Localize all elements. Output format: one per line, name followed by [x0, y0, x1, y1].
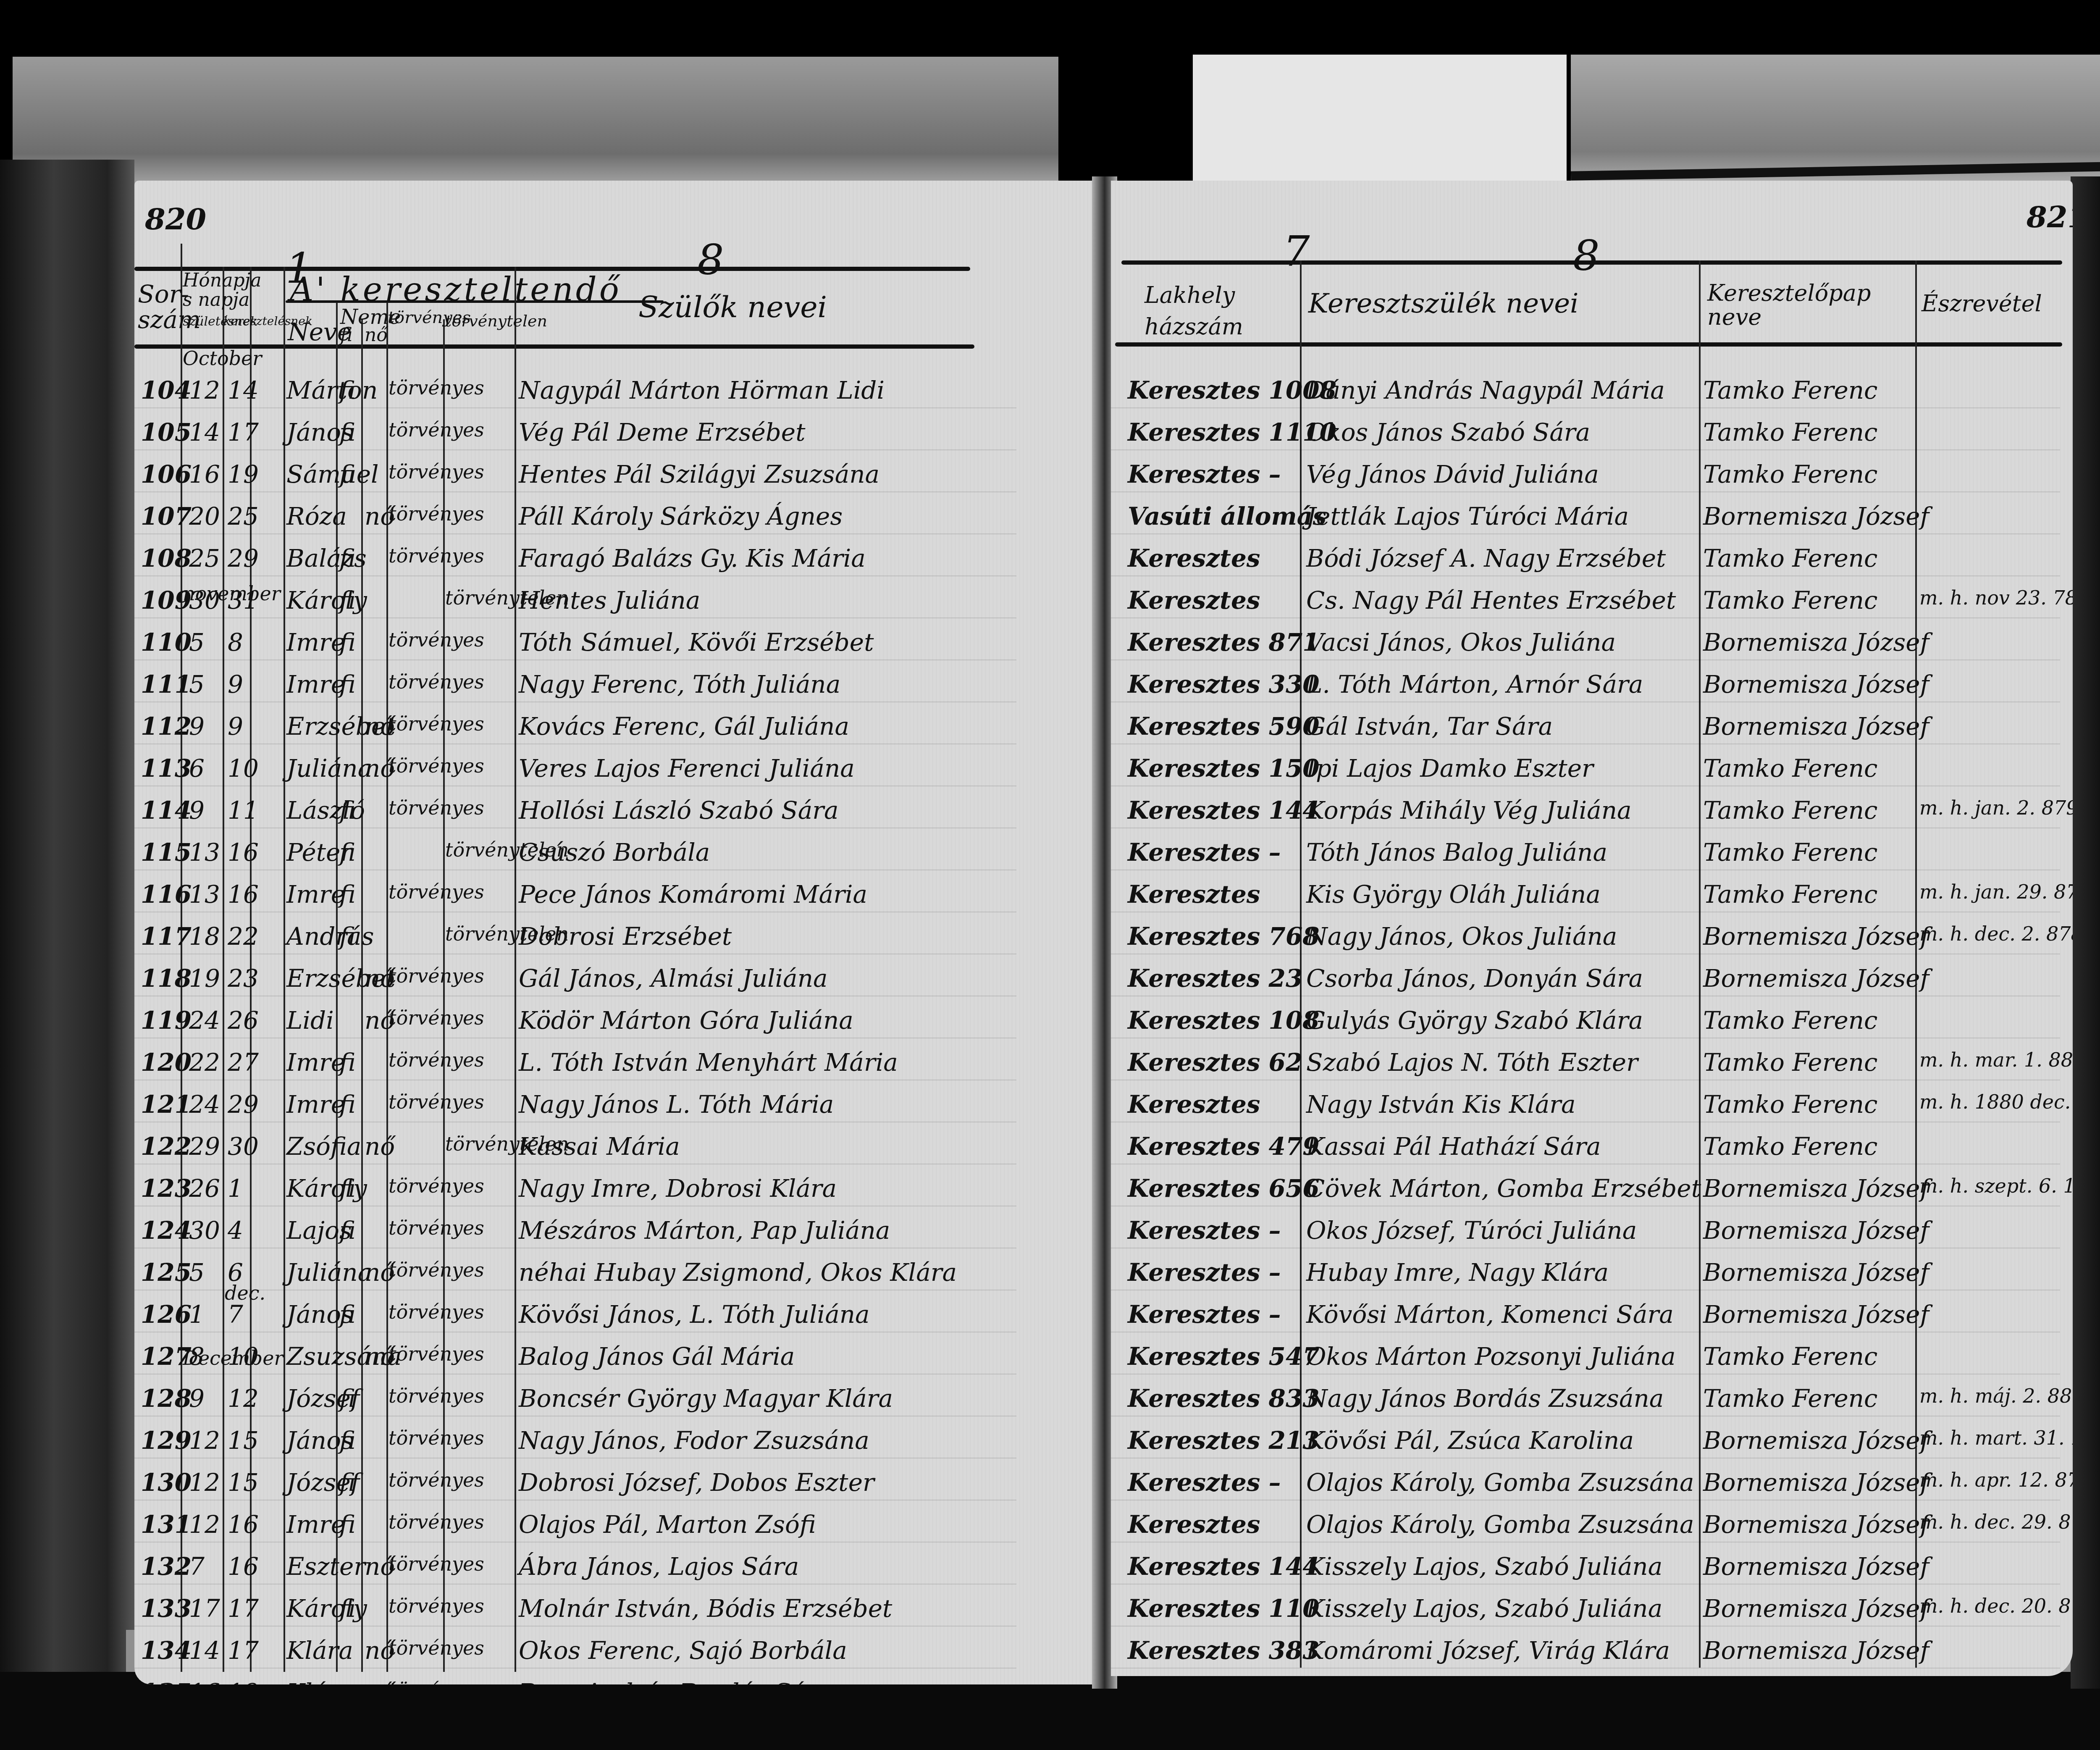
row-number: 129: [141, 1428, 192, 1453]
priest-name: Bornemisza József: [1703, 966, 1929, 991]
residence: Keresztes: [1128, 588, 1260, 612]
priest-name: Tamko Ferenc: [1703, 1344, 1878, 1369]
parents-names: Kassai Mária: [519, 1134, 680, 1159]
child-name: Klára: [286, 1680, 353, 1684]
row-number: 135: [141, 1680, 192, 1684]
ruled-line: [1111, 1290, 2060, 1290]
ruled-line: [1111, 870, 2060, 870]
parents-names: Gál János, Almási Juliána: [519, 966, 828, 991]
godparents-names: Okos József, Túróci Juliána: [1306, 1218, 1637, 1243]
parents-names: Hentes Pál Szilágyi Zsuzsána: [519, 462, 879, 486]
child-name: Imre: [286, 1512, 345, 1537]
baptism-day: 16: [228, 882, 259, 907]
residence: Keresztes 110: [1128, 1596, 1320, 1621]
godparents-names: Gál István, Tar Sára: [1306, 714, 1553, 738]
godparents-names: Nagy István Kis Klára: [1306, 1092, 1576, 1117]
sex: fi: [339, 378, 356, 402]
sex: nő: [365, 1134, 395, 1159]
col-rule: [1699, 260, 1701, 1668]
ruled-line: [134, 1248, 1016, 1248]
godparents-names: Cs. Nagy Pál Hentes Erzsébet: [1306, 588, 1676, 612]
row-number: 127: [141, 1344, 192, 1369]
row-number: 113: [141, 756, 192, 780]
ruled-line: [1111, 1626, 2060, 1627]
ruled-line: [1111, 1584, 2060, 1584]
parents-names: Mészáros Márton, Pap Juliána: [519, 1218, 890, 1243]
ruled-line: [1111, 744, 2060, 744]
godparents-names: Vacsi János, Okos Juliána: [1306, 630, 1616, 654]
row-number: 112: [141, 714, 192, 738]
parents-names: Hollósi László Szabó Sára: [519, 798, 839, 822]
legitimacy: törvényes: [388, 756, 484, 775]
ruled-line: [134, 702, 1016, 702]
sex: fi: [339, 1596, 356, 1621]
parents-names: Dobrosi Erzsébet: [519, 924, 732, 949]
ruled-line: [1111, 449, 2060, 450]
birth-day: 12: [189, 1512, 220, 1537]
ruled-line: [134, 1332, 1016, 1332]
godparents-names: Bódi József A. Nagy Erzsébet: [1306, 546, 1666, 570]
remark: m. h. dec. 20. 878.: [1919, 1596, 2073, 1616]
legitimacy: törvényes: [388, 1050, 484, 1069]
parents-names: Faragó Balázs Gy. Kis Mária: [519, 546, 866, 570]
remark: m. h. apr. 12. 879.: [1919, 1470, 2073, 1490]
baptism-day: 29: [228, 1092, 259, 1117]
birth-day: 6: [189, 756, 205, 780]
legitimacy: törvényes: [388, 1512, 484, 1532]
ruled-line: [1111, 575, 2060, 576]
row-number: 119: [141, 1008, 192, 1033]
birth-day: 9: [189, 798, 205, 822]
legitimacy: törvényes: [388, 1092, 484, 1111]
ruled-line: [134, 870, 1016, 870]
column-group-number: 8: [697, 235, 724, 284]
sex: fi: [339, 924, 356, 949]
godparents-names: Jettlák Lajos Túróci Mária: [1306, 504, 1629, 528]
legitimacy: törvényes: [388, 1218, 484, 1238]
remark: m. h. szept. 6. 1879.: [1919, 1176, 2073, 1196]
sex: fi: [339, 1050, 356, 1075]
ruled-line: [134, 1668, 1016, 1669]
priest-name: Bornemisza József: [1703, 1302, 1929, 1327]
baptism-day: 7: [228, 1302, 243, 1327]
parents-names: Páll Károly Sárközy Ágnes: [519, 504, 843, 528]
birth-day: 9: [189, 714, 205, 738]
ruled-line: [1111, 828, 2060, 828]
child-name: Zsófia: [286, 1134, 361, 1159]
header-sorszam: Sor-szám: [138, 281, 180, 333]
sex: fi: [339, 1386, 356, 1411]
row-number: 123: [141, 1176, 192, 1201]
child-name: Sámuel: [286, 462, 379, 486]
month-label: October: [183, 349, 262, 368]
godparents-names: Tóth János Balog Juliána: [1306, 840, 1607, 864]
priest-name: Bornemisza József: [1703, 1512, 1929, 1537]
priest-name: Tamko Ferenc: [1703, 588, 1878, 612]
birth-day: 7: [189, 1554, 205, 1579]
priest-name: Tamko Ferenc: [1703, 1092, 1878, 1117]
ruled-line: [1111, 912, 2060, 912]
residence: Keresztes: [1128, 546, 1260, 570]
ruled-line: [134, 828, 1016, 828]
baptism-day: 16: [228, 1554, 259, 1579]
ruled-line: [1111, 1038, 2060, 1038]
scan-background-white-panel: [1193, 55, 1567, 193]
birth-day: 5: [189, 672, 205, 696]
sex: fi: [339, 1176, 356, 1201]
sex: fi: [339, 462, 356, 486]
page-number-right: 821: [2026, 200, 2073, 234]
residence: Keresztes: [1128, 882, 1260, 907]
legitimacy: törvényes: [388, 1344, 484, 1364]
parents-names: Kovács Ferenc, Gál Juliána: [519, 714, 849, 738]
priest-name: Bornemisza József: [1703, 1176, 1929, 1201]
header-szulok-nevei: Szülők nevei: [638, 292, 827, 323]
legitimacy: törvényes: [388, 1428, 484, 1448]
godparents-names: Olajos Károly, Gomba Zsuzsána: [1306, 1512, 1694, 1537]
residence: Keresztes –: [1128, 1218, 1281, 1243]
baptism-day: 22: [228, 924, 259, 949]
legitimacy: törvényes: [388, 378, 484, 397]
ruled-line: [134, 1290, 1016, 1290]
residence: Keresztes –: [1128, 1302, 1281, 1327]
remark: m. h. mar. 1. 88.: [1919, 1050, 2073, 1069]
godparents-names: Ipi Lajos Damko Eszter: [1306, 756, 1593, 780]
godparents-names: L. Tóth Márton, Arnór Sára: [1306, 672, 1643, 696]
residence: Keresztes 768: [1128, 924, 1320, 949]
ruled-line: [1111, 954, 2060, 954]
priest-name: Bornemisza József: [1703, 1470, 1929, 1495]
legitimacy: törvényes: [388, 966, 484, 985]
sex: fi: [339, 630, 356, 654]
birth-day: 5: [189, 1260, 205, 1285]
ruled-line: [134, 744, 1016, 744]
baptism-day: 26: [228, 1008, 259, 1033]
ruled-line: [134, 1206, 1016, 1206]
ruled-line: [1111, 1332, 2060, 1332]
header-bottom-rule: [1115, 342, 2062, 347]
birth-day: 24: [189, 1008, 220, 1033]
baptism-day: 29: [228, 546, 259, 570]
residence: Keresztes 547: [1128, 1344, 1320, 1369]
row-number: 125: [141, 1260, 192, 1285]
priest-name: Tamko Ferenc: [1703, 1134, 1878, 1159]
residence: Keresztes 144: [1128, 1554, 1320, 1579]
remark: m. h. dec. 29. 878.: [1919, 1512, 2073, 1532]
remark: m. h. mart. 31. 1879.: [1919, 1428, 2073, 1448]
godparents-names: Cövek Márton, Gomba Erzsébet: [1306, 1176, 1701, 1201]
baptism-day: 6: [228, 1260, 243, 1285]
row-number: 111: [141, 672, 192, 696]
column-group-number: 7: [1283, 227, 1310, 276]
legitimacy: törvényes: [388, 882, 484, 901]
baptism-day: 16: [228, 1512, 259, 1537]
residence: Keresztes 656: [1128, 1176, 1320, 1201]
legitimacy: törvényes: [388, 1008, 484, 1027]
row-number: 115: [141, 840, 192, 864]
baptism-day: 10: [228, 756, 259, 780]
godparents-names: Kisszely Lajos, Szabó Juliána: [1306, 1596, 1662, 1621]
godparents-names: Komáromi József, Virág Klára: [1306, 1638, 1670, 1663]
birth-day: 14: [189, 420, 220, 444]
birth-day: 14: [189, 1638, 220, 1663]
header-kereszteloap-neve: Keresztelőpap neve: [1707, 281, 1909, 329]
child-name: Juliána: [286, 1260, 372, 1285]
parents-names: Okos Ferenc, Sajó Borbála: [519, 1638, 847, 1663]
priest-name: Tamko Ferenc: [1703, 1050, 1878, 1075]
birth-day: 12: [189, 1470, 220, 1495]
priest-name: Bornemisza József: [1703, 924, 1929, 949]
parents-names: Nagy Ferenc, Tóth Juliána: [519, 672, 840, 696]
remark: m. h. 1880 dec. 15: [1919, 1092, 2073, 1111]
residence: Keresztes –: [1128, 840, 1281, 864]
row-number: 118: [141, 966, 192, 991]
scan-background-left: [13, 57, 1058, 195]
child-name: Imre: [286, 882, 345, 907]
parents-names: Boncsér György Magyar Klára: [519, 1386, 893, 1411]
residence: Keresztes 213: [1128, 1428, 1320, 1453]
godparents-names: Olajos Károly, Gomba Zsuzsána: [1306, 1470, 1694, 1495]
remark: m. h. máj. 2. 881: [1919, 1386, 2073, 1406]
baptism-day: 30: [228, 1134, 259, 1159]
ruled-line: [134, 449, 1016, 450]
godparents-names: Gulyás György Szabó Klára: [1306, 1008, 1643, 1033]
parents-names: Hentes Juliána: [519, 588, 700, 612]
residence: Keresztes 330: [1128, 672, 1320, 696]
book-left-edge: [0, 160, 134, 1693]
sex: fi: [339, 546, 356, 570]
sex: fi: [339, 1428, 356, 1453]
ruled-line: [134, 1038, 1016, 1038]
header-fi: fi: [340, 326, 352, 345]
ruled-line: [134, 407, 1016, 408]
residence: Vasúti állomás: [1128, 504, 1326, 528]
priest-name: Tamko Ferenc: [1703, 882, 1878, 907]
ruled-line: [1111, 660, 2060, 660]
header-top-rule: [1121, 260, 2062, 265]
godparents-names: Kövősi Pál, Zsúca Karolina: [1306, 1428, 1634, 1453]
parents-names: L. Tóth István Menyhárt Mária: [519, 1050, 898, 1075]
row-number: 104: [141, 378, 192, 402]
header-keresztszulek-nevei: Keresztszülék nevei: [1308, 290, 1579, 318]
col-rule: [514, 267, 516, 1672]
residence: Keresztes 1110: [1128, 420, 1336, 444]
header-kereszteltendo: A' kereszteltendő: [290, 273, 622, 307]
legitimacy: törvényes: [388, 1470, 484, 1490]
legitimacy: törvényes: [388, 798, 484, 817]
page-number-left: 820: [145, 202, 206, 236]
baptism-day: 12: [228, 1386, 259, 1411]
baptism-day: 25: [228, 504, 259, 528]
parents-names: Molnár István, Bódis Erzsébet: [519, 1596, 892, 1621]
priest-name: Bornemisza József: [1703, 1596, 1929, 1621]
parents-names: Nagy Imre, Dobrosi Klára: [519, 1176, 837, 1201]
baptism-day: 9: [228, 672, 243, 696]
godparents-names: Kisszely Lajos, Szabó Juliána: [1306, 1554, 1662, 1579]
godparents-names: Dányi András Nagypál Mária: [1306, 378, 1665, 402]
row-number: 124: [141, 1218, 192, 1243]
parents-names: Vég Pál Deme Erzsébet: [519, 420, 806, 444]
ruled-line: [1111, 1080, 2060, 1080]
birth-day: 30: [189, 588, 220, 612]
ruled-line: [134, 617, 1016, 618]
birth-day: 24: [189, 1092, 220, 1117]
row-number: 130: [141, 1470, 192, 1495]
row-number: 108: [141, 546, 192, 570]
legitimacy: törvényes: [388, 1386, 484, 1406]
residence: Keresztes 144: [1128, 798, 1320, 822]
baptism-day: 19: [228, 1680, 259, 1684]
remark: m. h. jan. 29. 878.: [1919, 882, 2073, 901]
ruled-line: [1111, 786, 2060, 786]
left-page: 820 1 8 Sor-szám Hónapja s napja születé…: [134, 181, 1105, 1684]
priest-name: Bornemisza József: [1703, 630, 1929, 654]
ruled-line: [134, 660, 1016, 660]
godparents-names: Okos Márton Pozsonyi Juliána: [1306, 1344, 1676, 1369]
header-lakhely: Lakhely: [1144, 284, 1235, 307]
ruled-line: [134, 1080, 1016, 1080]
priest-name: Bornemisza József: [1703, 1218, 1929, 1243]
baptism-day: 17: [228, 420, 259, 444]
row-number: 106: [141, 462, 192, 486]
child-name: Imre: [286, 672, 345, 696]
priest-name: Tamko Ferenc: [1703, 378, 1878, 402]
ruled-line: [1111, 1374, 2060, 1374]
ruled-line: [1111, 407, 2060, 408]
godparents-names: Okos János Szabó Sára: [1306, 420, 1590, 444]
ruled-line: [1111, 1164, 2060, 1164]
parents-names: Nagy János L. Tóth Mária: [519, 1092, 834, 1117]
birth-day: 16: [189, 462, 220, 486]
legitimacy: törvényes: [388, 546, 484, 565]
right-page: 821 7 8 Lakhely házszám Keresztszülék ne…: [1111, 181, 2073, 1676]
row-number: 107: [141, 504, 192, 528]
parents-names: Kövősi János, L. Tóth Juliána: [519, 1302, 870, 1327]
ruled-line: [1111, 491, 2060, 492]
baptism-day: 16: [228, 840, 259, 864]
col-rule: [283, 267, 285, 1672]
row-number: 114: [141, 798, 192, 822]
sex: fi: [339, 420, 356, 444]
header-szuletesnek: születésnek: [183, 315, 223, 328]
header-torvenytelen: törvénytelen: [445, 313, 547, 330]
sex: fi: [339, 1512, 356, 1537]
row-number: 105: [141, 420, 192, 444]
parents-names: néhai Hubay Zsigmond, Okos Klára: [519, 1260, 957, 1285]
priest-name: Bornemisza József: [1703, 1260, 1929, 1285]
birth-day: 13: [189, 882, 220, 907]
priest-name: Tamko Ferenc: [1703, 546, 1878, 570]
baptism-day: 15: [228, 1470, 259, 1495]
child-name: Róza: [286, 504, 347, 528]
ruled-line: [134, 1500, 1016, 1500]
row-number: 120: [141, 1050, 192, 1075]
baptism-day: 27: [228, 1050, 259, 1075]
ruled-line: [1111, 996, 2060, 996]
ruled-line: [134, 1122, 1016, 1122]
baptism-day: 1: [228, 1176, 243, 1201]
legitimacy: törvényes: [388, 462, 484, 481]
godparents-names: Kassai Pál Hathází Sára: [1306, 1134, 1601, 1159]
ruled-line: [134, 912, 1016, 912]
priest-name: Tamko Ferenc: [1703, 1386, 1878, 1411]
col-rule: [223, 267, 224, 1672]
header-eszrevetel: Észrevétel: [1921, 292, 2042, 316]
row-number: 121: [141, 1092, 192, 1117]
legitimacy: törvényes: [388, 714, 484, 733]
ruled-line: [1111, 617, 2060, 618]
legitimacy: törvényes: [388, 1554, 484, 1574]
sex: fi: [339, 1218, 356, 1243]
priest-name: Bornemisza József: [1703, 1638, 1929, 1663]
ruled-line: [134, 1164, 1016, 1164]
godparents-names: Kövősi Márton, Komenci Sára: [1306, 1302, 1674, 1327]
ruled-line: [1111, 1206, 2060, 1206]
godparents-names: Hubay Imre, Nagy Klára: [1306, 1260, 1609, 1285]
header-honapja-napja: Hónapja s napja: [183, 271, 250, 310]
birth-day: 5: [189, 630, 205, 654]
godparents-names: Korpás Mihály Vég Juliána: [1306, 798, 1632, 822]
baptism-day: 23: [228, 966, 259, 991]
birth-day: 30: [189, 1218, 220, 1243]
child-name: Imre: [286, 630, 345, 654]
row-number: 126: [141, 1302, 192, 1327]
legitimacy: törvényes: [388, 1260, 484, 1280]
child-name: Eszter: [286, 1554, 365, 1579]
birth-day: 12: [189, 378, 220, 402]
legitimacy: törvényes: [388, 1596, 484, 1616]
birth-day: 20: [189, 504, 220, 528]
ruled-line: [134, 996, 1016, 996]
ruled-line: [134, 1584, 1016, 1584]
header-no: nő: [365, 326, 388, 345]
ruled-line: [134, 575, 1016, 576]
ruled-line: [134, 1542, 1016, 1542]
residence: Keresztes 108: [1128, 1008, 1320, 1033]
parents-names: Nagypál Márton Hörman Lidi: [519, 378, 885, 402]
ruled-line: [1111, 1416, 2060, 1416]
birth-day: 19: [189, 966, 220, 991]
priest-name: Tamko Ferenc: [1703, 1008, 1878, 1033]
child-name: Imre: [286, 1092, 345, 1117]
ruled-line: [134, 1458, 1016, 1458]
baptism-day: 17: [228, 1596, 259, 1621]
residence: Keresztes 590: [1128, 714, 1320, 738]
birth-day: 16: [189, 1680, 220, 1684]
baptism-day: 4: [228, 1218, 243, 1243]
parents-names: Pece András Bordás Sára: [519, 1680, 832, 1684]
parents-names: Csúszó Borbála: [519, 840, 710, 864]
baptism-day: 10: [228, 1344, 259, 1369]
legitimacy: törvényes: [388, 1680, 484, 1684]
birth-day: 18: [189, 924, 220, 949]
book-right-edge: [2071, 176, 2100, 1689]
ruled-line: [134, 491, 1016, 492]
residence: Keresztes: [1128, 1092, 1260, 1117]
child-name: Klára: [286, 1638, 353, 1663]
ruled-line: [134, 1626, 1016, 1627]
remark: m. h. nov 23. 78.: [1919, 588, 2073, 607]
sex: fi: [339, 882, 356, 907]
sex: fi: [339, 798, 356, 822]
header-hazszam: házszám: [1144, 315, 1243, 339]
birth-day: 13: [189, 840, 220, 864]
ruled-line: [1111, 1542, 2060, 1542]
baptism-day: 17: [228, 1638, 259, 1663]
residence: Keresztes 383: [1128, 1638, 1320, 1663]
priest-name: Bornemisza József: [1703, 714, 1929, 738]
baptism-day: 9: [228, 714, 243, 738]
